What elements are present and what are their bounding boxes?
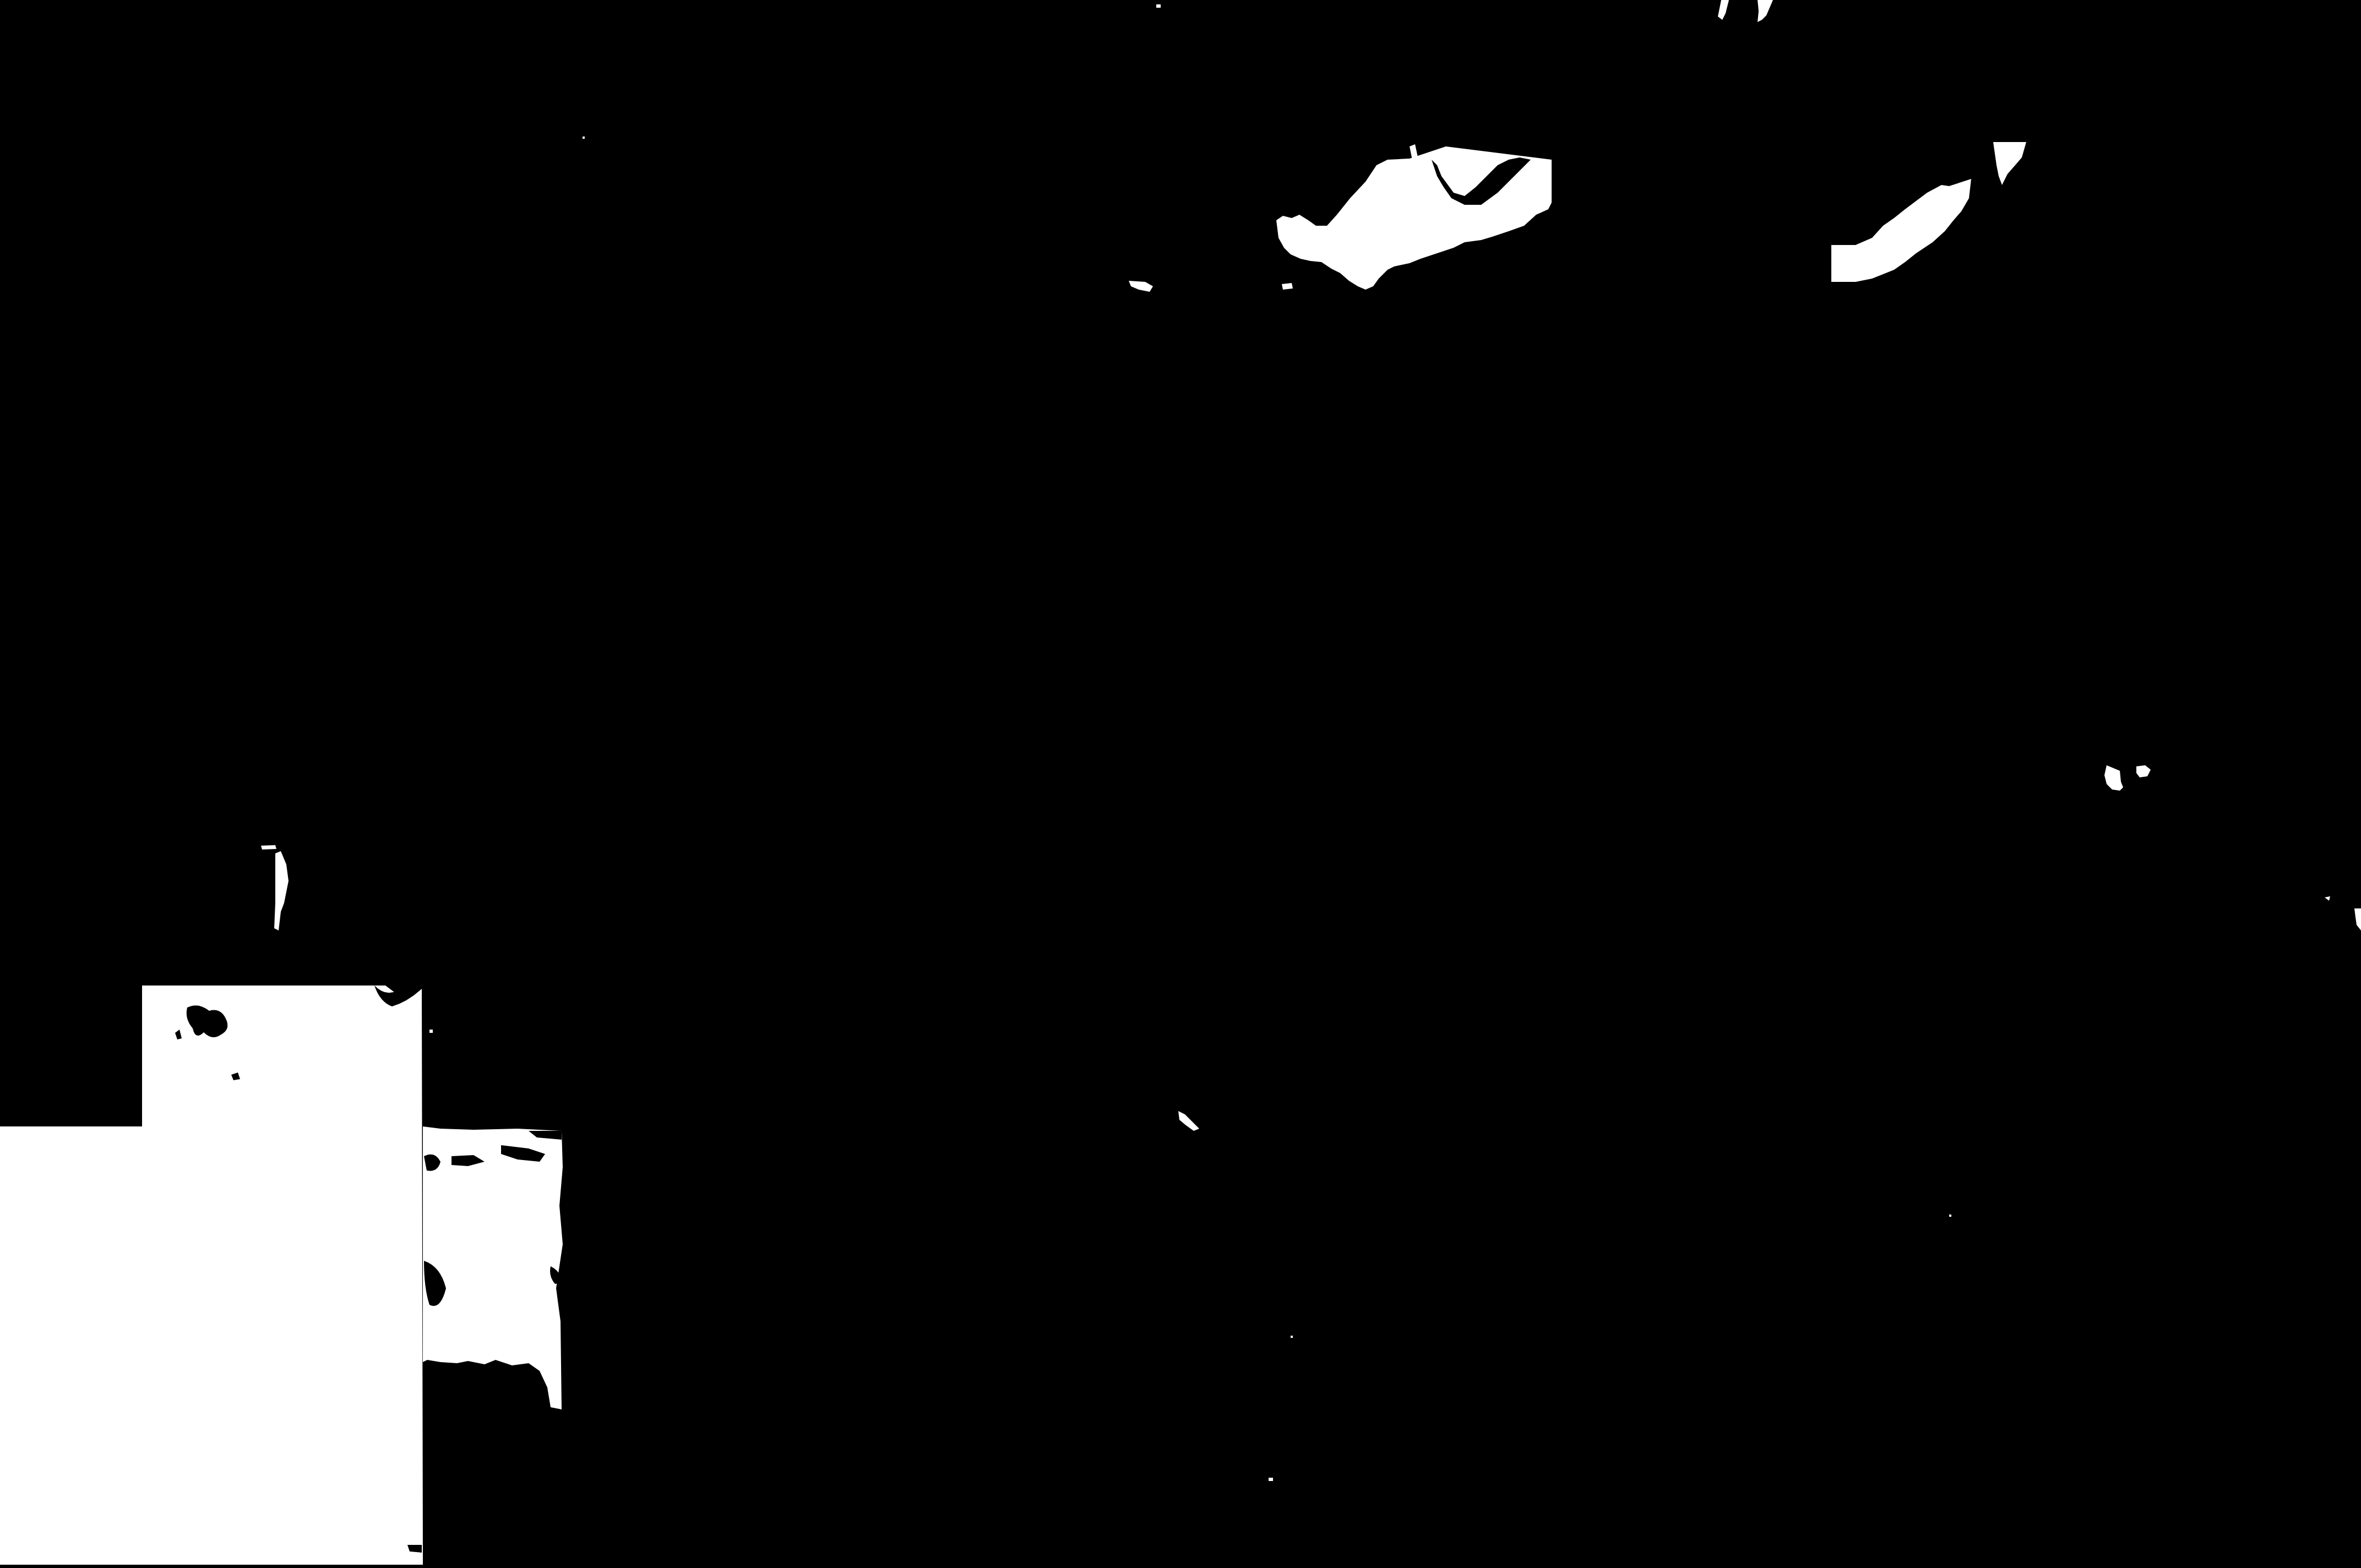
segmentation-mask [0,0,2361,1568]
